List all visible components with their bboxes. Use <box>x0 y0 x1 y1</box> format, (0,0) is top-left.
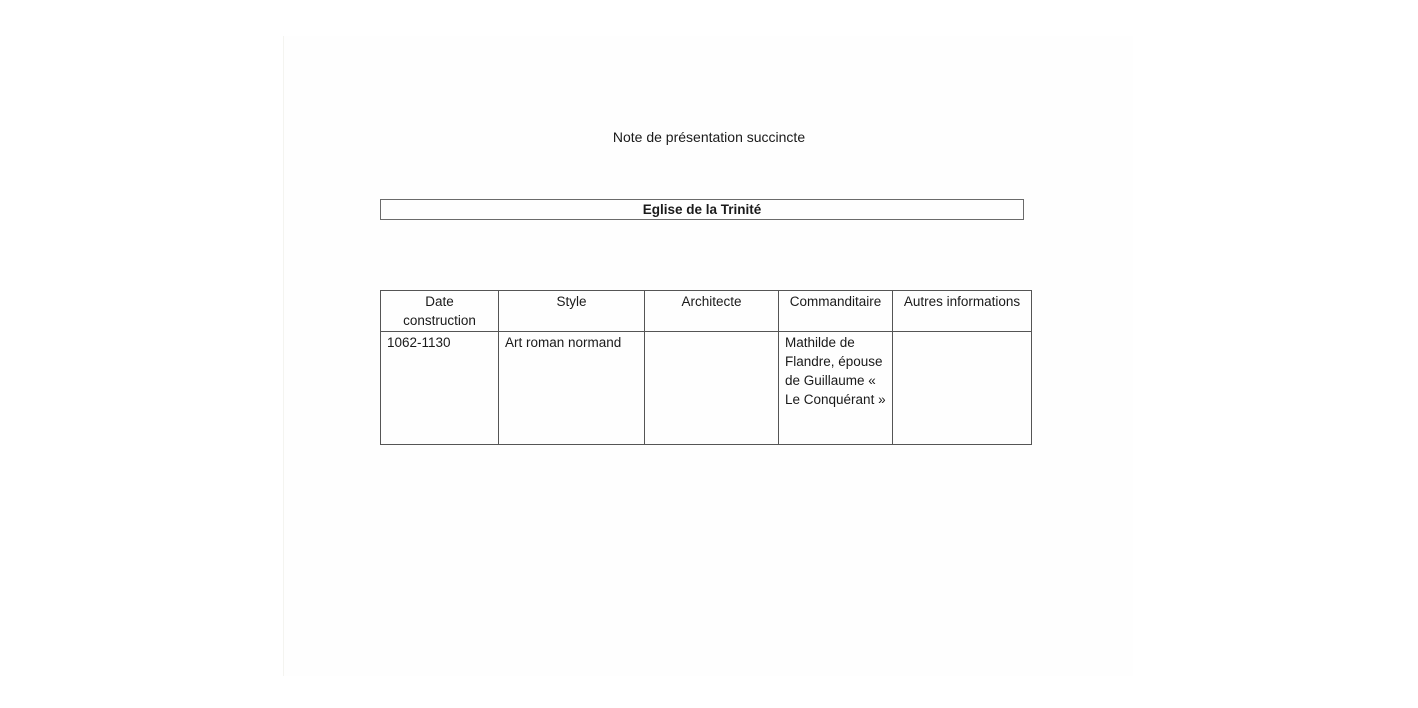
header-autres-informations: Autres informations <box>893 291 1032 332</box>
cell-style: Art roman normand <box>499 332 645 445</box>
document-heading: Note de présentation succincte <box>0 129 1418 145</box>
cell-architecte <box>645 332 779 445</box>
cell-date-construction: 1062-1130 <box>381 332 499 445</box>
monument-info-table: Date construction Style Architecte Comma… <box>380 290 1032 445</box>
header-architecte: Architecte <box>645 291 779 332</box>
monument-name-box: Eglise de la Trinité <box>380 199 1024 220</box>
header-style: Style <box>499 291 645 332</box>
header-date-construction: Date construction <box>381 291 499 332</box>
table-header-row: Date construction Style Architecte Comma… <box>381 291 1032 332</box>
header-commanditaire: Commanditaire <box>779 291 893 332</box>
cell-autres-informations <box>893 332 1032 445</box>
table-row: 1062-1130 Art roman normand Mathilde de … <box>381 332 1032 445</box>
cell-commanditaire: Mathilde de Flandre, épouse de Guillaume… <box>779 332 893 445</box>
